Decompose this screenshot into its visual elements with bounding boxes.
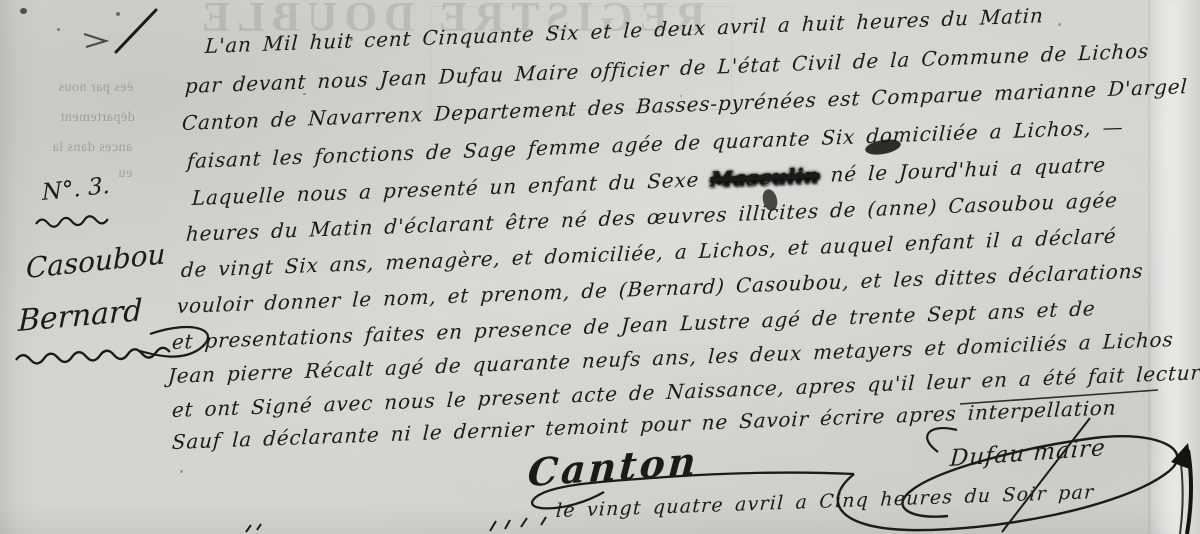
ink-speck <box>57 28 60 31</box>
ink-speck <box>350 38 353 41</box>
edge-ink-stroke <box>1180 455 1183 534</box>
flourish-interpellation <box>960 390 1158 404</box>
clipped-text-marks <box>246 517 546 532</box>
ink-speck <box>760 250 762 252</box>
slash-mark <box>116 10 156 52</box>
ink-speck <box>20 8 27 14</box>
flourish-dufau-stroke <box>1002 418 1090 532</box>
ink-blot <box>761 188 780 213</box>
ink-blot <box>864 137 902 157</box>
ink-marks-overlay <box>0 0 1200 534</box>
ink-speck <box>680 95 682 97</box>
flourish-dufau-paraph <box>838 436 1178 530</box>
flourish-underline-name <box>16 347 170 364</box>
ink-speck <box>565 112 568 115</box>
flourish-dufau-open <box>927 428 957 452</box>
chevron-mark <box>84 34 106 47</box>
register-page-scan: REGISTRE DOUBLE ées par nous département… <box>0 0 1200 534</box>
ink-speck <box>180 470 183 473</box>
ink-speck <box>116 12 120 16</box>
flourish-underline-number <box>36 215 108 228</box>
flourish-bernard-tail <box>140 327 208 357</box>
ink-speck <box>303 93 306 95</box>
flourish-canton-tail <box>532 473 854 509</box>
ink-speck <box>1058 23 1061 26</box>
